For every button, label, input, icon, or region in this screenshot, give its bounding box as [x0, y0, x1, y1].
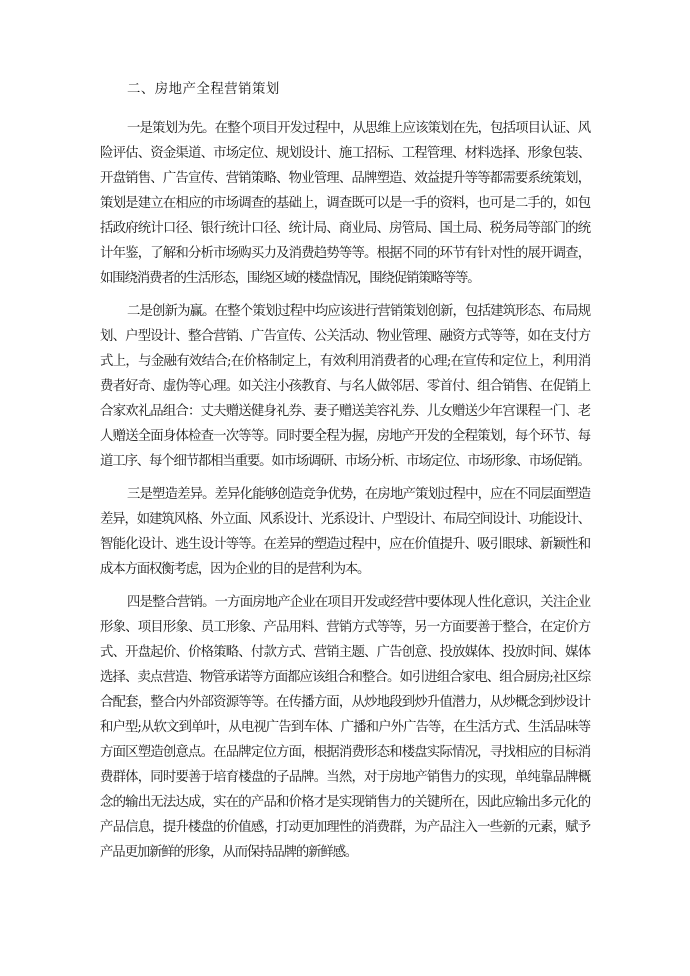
document-body: 一是策划为先。在整个项目开发过程中，从思维上应该策划在先，包括项目认证、风险评估…	[100, 116, 590, 865]
text-line: 念的输出无法达成，实在的产品和价格才是实现销售力的关键所在，因此应输出多元化的	[100, 790, 590, 815]
text-line: 二是创新为赢。在整个策划过程中均应该进行营销策划创新，包括建筑形态、布局规	[100, 299, 590, 324]
text-line: 费群体，同时要善于培育楼盘的子品牌。当然，对于房地产销售力的实现，单纯靠品牌概	[100, 765, 590, 790]
text-line: 人赠送全面身体检查一次等等。同时要全程为握，房地产开发的全程策划，每个环节、每	[100, 424, 590, 449]
text-line: 一是策划为先。在整个项目开发过程中，从思维上应该策划在先，包括项目认证、风	[100, 116, 590, 141]
text-line: 道工序、每个细节都相当重要。如市场调研、市场分析、市场定位、市场形象、市场促销。	[100, 449, 590, 474]
text-line: 和户型;从软文到单叶，从电视广告到车体、广播和户外广告等，在生活方式、生活品味等	[100, 715, 590, 740]
text-line: 三是塑造差异。差异化能够创造竞争优势，在房地产策划过程中，应在不同层面塑造	[100, 482, 590, 507]
text-line: 方面区塑造创意点。在品牌定位方面，根据消费形态和楼盘实际情况，寻找相应的目标消	[100, 740, 590, 765]
text-line: 划、户型设计、整合营销、广告宣传、公关活动、物业管理、融资方式等等，如在支付方	[100, 324, 590, 349]
text-line: 成本方面权衡考虑，因为企业的目的是营利为本。	[100, 557, 590, 582]
text-line: 式上，与金融有效结合;在价格制定上，有效利用消费者的心理;在宣传和定位上，利用消	[100, 349, 590, 374]
paragraph: 二是创新为赢。在整个策划过程中均应该进行营销策划创新，包括建筑形态、布局规划、户…	[100, 299, 590, 474]
document-page: 二、房地产全程营销策划 一是策划为先。在整个项目开发过程中，从思维上应该策划在先…	[0, 0, 690, 976]
paragraph: 三是塑造差异。差异化能够创造竞争优势，在房地产策划过程中，应在不同层面塑造差异，…	[100, 482, 590, 582]
text-line: 策划是建立在相应的市场调查的基础上，调查既可以是一手的资料，也可是二手的，如包	[100, 191, 590, 216]
text-line: 选择、卖点营造、物管承诺等方面都应该组合和整合。如引进组合家电、组合厨房;社区综	[100, 665, 590, 690]
section-heading: 二、房地产全程营销策划	[100, 77, 590, 102]
text-line: 险评估、资金渠道、市场定位、规划设计、施工招标、工程管理、材料选择、形象包装、	[100, 141, 590, 166]
text-line: 如围绕消费者的生活形态，围绕区域的楼盘情况，围绕促销策略等等。	[100, 266, 590, 291]
text-line: 四是整合营销。一方面房地产企业在项目开发或经营中要体现人性化意识，关注企业	[100, 590, 590, 615]
text-line: 形象、项目形象、员工形象、产品用料、营销方式等等，另一方面要善于整合，在定价方	[100, 615, 590, 640]
text-line: 开盘销售、广告宣传、营销策略、物业管理、品牌塑造、效益提升等等都需要系统策划，	[100, 166, 590, 191]
text-line: 产品更加新鲜的形象，从而保持品牌的新鲜感。	[100, 840, 590, 865]
text-line: 合家欢礼品组合：丈夫赠送健身礼券、妻子赠送美容礼券、儿女赠送少年宫课程一门、老	[100, 399, 590, 424]
paragraph: 一是策划为先。在整个项目开发过程中，从思维上应该策划在先，包括项目认证、风险评估…	[100, 116, 590, 291]
paragraph: 四是整合营销。一方面房地产企业在项目开发或经营中要体现人性化意识，关注企业形象、…	[100, 590, 590, 865]
text-line: 产品信息，提升楼盘的价值感，打动更加理性的消费群，为产品注入一些新的元素，赋予	[100, 815, 590, 840]
text-line: 计年鉴，了解和分析市场购买力及消费趋势等等。根据不同的环节有针对性的展开调查，	[100, 241, 590, 266]
text-line: 智能化设计、逃生设计等等。在差异的塑造过程中，应在价值提升、吸引眼球、新颖性和	[100, 532, 590, 557]
text-line: 括政府统计口径、银行统计口径、统计局、商业局、房管局、国土局、税务局等部门的统	[100, 216, 590, 241]
text-line: 合配套，整合内外部资源等等。在传播方面，从炒地段到炒升值潜力，从炒概念到炒设计	[100, 690, 590, 715]
text-line: 式、开盘起价、价格策略、付款方式、营销主题、广告创意、投放媒体、投放时间、媒体	[100, 640, 590, 665]
text-line: 费者好奇、虚伪等心理。如关注小孩教育、与名人做邻居、零首付、组合销售、在促销上	[100, 374, 590, 399]
text-line: 差异，如建筑风格、外立面、风系设计、光系设计、户型设计、布局空间设计、功能设计、	[100, 507, 590, 532]
